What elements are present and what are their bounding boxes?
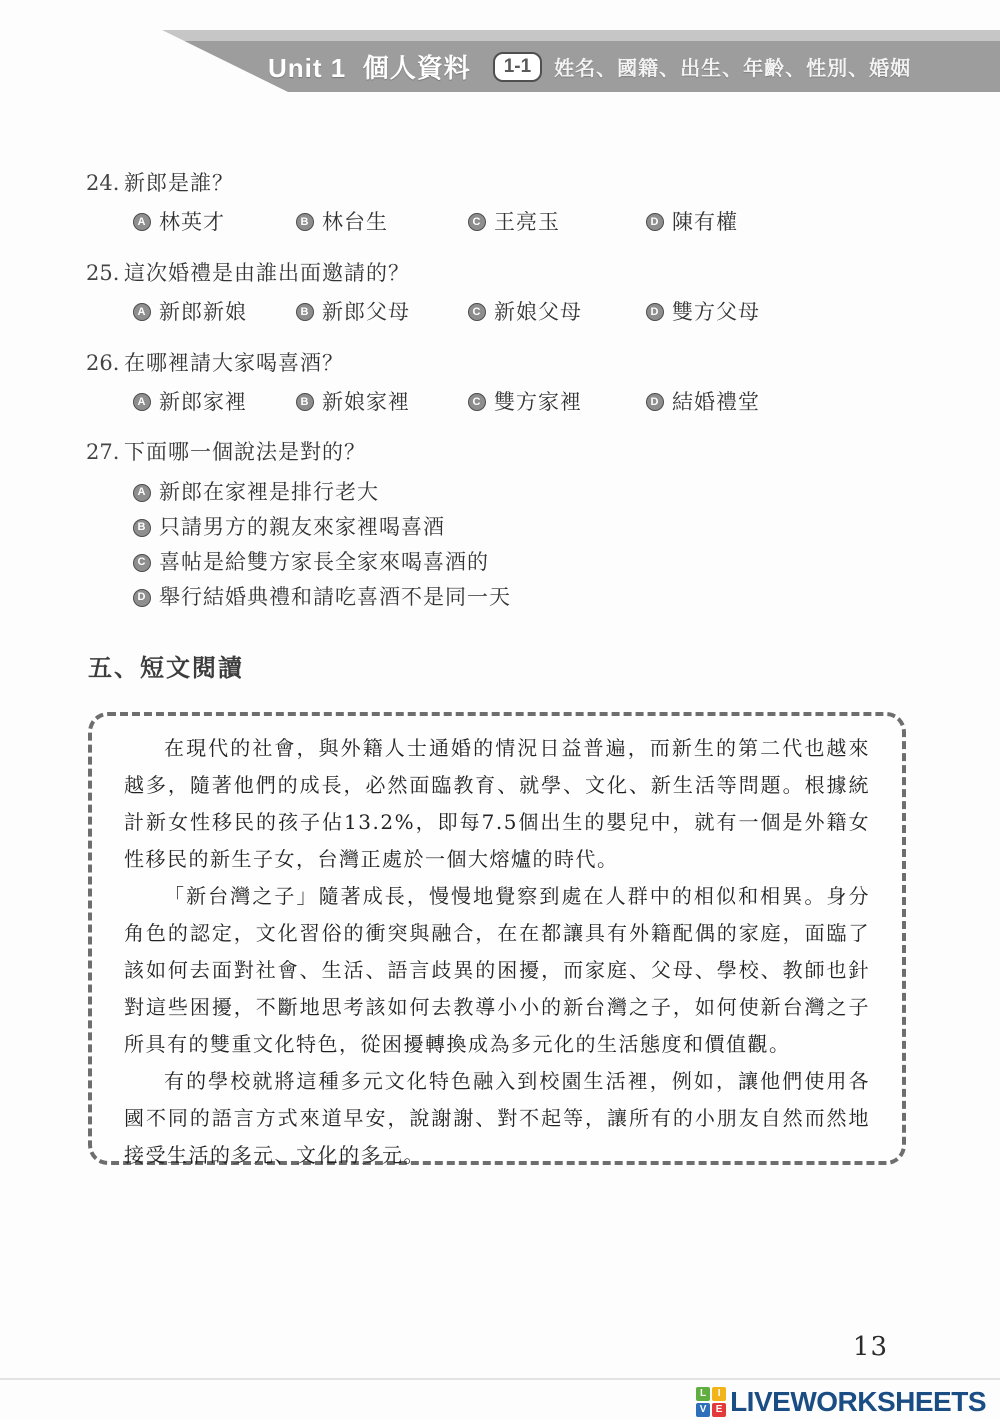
option-b[interactable]: B新娘家裡 [296,387,468,417]
logo-tile-v: V [696,1403,710,1417]
option-letter-icon: D [133,589,151,607]
option-text: 新郎父母 [322,297,410,327]
option-b[interactable]: B新郎父母 [296,297,468,327]
option-letter-icon: C [468,213,486,231]
question: 27.下面哪一個說法是對的？A新郎在家裡是排行老大B只請男方的親友來家裡喝喜酒C… [86,437,960,615]
options: A新郎在家裡是排行老大B只請男方的親友來家裡喝喜酒C喜帖是給雙方家長全家來喝喜酒… [86,475,960,615]
question-text: 在哪裡請大家喝喜酒？ [124,348,344,378]
option-letter-icon: A [133,393,151,411]
liveworksheets-logo-text: LIVEWORKSHEETS [730,1386,986,1418]
options: A林英才B林台生C王亮玉D陳有權 [86,207,960,237]
unit-title: Unit 1 個人資料 [268,48,471,85]
liveworksheets-logo[interactable]: LIVE LIVEWORKSHEETS [696,1386,986,1418]
option-text: 結婚禮堂 [672,387,760,417]
option-text: 新郎在家裡是排行老大 [159,475,379,510]
question: 26.在哪裡請大家喝喜酒？A新郎家裡B新娘家裡C雙方家裡D結婚禮堂 [86,348,960,417]
logo-tile-l: L [696,1387,710,1401]
option-text: 雙方父母 [672,297,760,327]
option-letter-icon: A [133,484,151,502]
option-text: 新娘家裡 [322,387,410,417]
option-letter-icon: A [133,213,151,231]
liveworksheets-logo-icon: LIVE [696,1387,726,1417]
option-c[interactable]: C雙方家裡 [468,387,646,417]
option-text: 只請男方的親友來家裡喝喜酒 [159,510,445,545]
option-c[interactable]: C王亮玉 [468,207,646,237]
unit-name: 個人資料 [363,53,471,83]
option-letter-icon: D [646,393,664,411]
passage-paragraph: 有的學校就將這種多元文化特色融入到校園生活裡，例如，讓他們使用各國不同的語言方式… [124,1063,870,1174]
option-letter-icon: D [646,213,664,231]
option-c[interactable]: C喜帖是給雙方家長全家來喝喜酒的 [133,545,960,580]
question: 24.新郎是誰？A林英才B林台生C王亮玉D陳有權 [86,168,960,237]
option-b[interactable]: B只請男方的親友來家裡喝喜酒 [133,510,960,545]
question-number: 25. [86,258,124,288]
unit-label: Unit 1 [268,53,346,83]
options: A新郎新娘B新郎父母C新娘父母D雙方父母 [86,297,960,327]
question-head: 26.在哪裡請大家喝喜酒？ [86,348,960,378]
footer-divider [0,1378,1000,1380]
option-a[interactable]: A新郎家裡 [133,387,296,417]
option-a[interactable]: A新郎新娘 [133,297,296,327]
question: 25.這次婚禮是由誰出面邀請的？A新郎新娘B新郎父母C新娘父母D雙方父母 [86,258,960,327]
section-badge: 1-1 [493,52,542,82]
worksheet-page: Unit 1 個人資料 1-1 姓名、國籍、出生、年齡、性別、婚姻 24.新郎是… [0,0,1000,1420]
question-head: 27.下面哪一個說法是對的？ [86,437,960,467]
unit-header-ribbon: Unit 1 個人資料 1-1 姓名、國籍、出生、年齡、性別、婚姻 [150,30,1000,92]
option-text: 新娘父母 [494,297,582,327]
option-a[interactable]: A新郎在家裡是排行老大 [133,475,960,510]
page-number: 13 [853,1332,888,1362]
reading-passage-box: 在現代的社會，與外籍人士通婚的情況日益普遍，而新生的第二代也越來越多，隨著他們的… [88,712,906,1165]
option-letter-icon: B [133,519,151,537]
option-text: 新郎家裡 [159,387,247,417]
logo-tile-e: E [712,1403,726,1417]
option-d[interactable]: D舉行結婚典禮和請吃喜酒不是同一天 [133,580,960,615]
option-text: 陳有權 [672,207,738,237]
question-number: 27. [86,437,124,467]
option-letter-icon: D [646,303,664,321]
option-letter-icon: B [296,213,314,231]
options: A新郎家裡B新娘家裡C雙方家裡D結婚禮堂 [86,387,960,417]
reading-section-heading: 五、短文閱讀 [88,648,244,683]
option-c[interactable]: C新娘父母 [468,297,646,327]
passage-paragraph: 在現代的社會，與外籍人士通婚的情況日益普遍，而新生的第二代也越來越多，隨著他們的… [124,730,870,878]
question-head: 24.新郎是誰？ [86,168,960,198]
option-text: 喜帖是給雙方家長全家來喝喜酒的 [159,545,489,580]
question-number: 26. [86,348,124,378]
option-letter-icon: C [468,393,486,411]
logo-tile-i: I [712,1387,726,1401]
option-letter-icon: B [296,393,314,411]
option-text: 王亮玉 [494,207,560,237]
option-letter-icon: C [468,303,486,321]
section-subtitle: 姓名、國籍、出生、年齡、性別、婚姻 [554,52,911,81]
passage-paragraph: 「新台灣之子」隨著成長，慢慢地覺察到處在人群中的相似和相異。身分角色的認定，文化… [124,878,870,1063]
option-d[interactable]: D結婚禮堂 [646,387,960,417]
question-text: 這次婚禮是由誰出面邀請的？ [124,258,410,288]
option-text: 舉行結婚典禮和請吃喜酒不是同一天 [159,580,511,615]
option-letter-icon: C [133,554,151,572]
option-a[interactable]: A林英才 [133,207,296,237]
option-text: 雙方家裡 [494,387,582,417]
question-text: 下面哪一個說法是對的？ [124,437,366,467]
question-number: 24. [86,168,124,198]
option-b[interactable]: B林台生 [296,207,468,237]
option-letter-icon: B [296,303,314,321]
option-letter-icon: A [133,303,151,321]
option-d[interactable]: D雙方父母 [646,297,960,327]
option-text: 林台生 [322,207,388,237]
option-text: 林英才 [159,207,225,237]
option-text: 新郎新娘 [159,297,247,327]
option-d[interactable]: D陳有權 [646,207,960,237]
question-text: 新郎是誰？ [124,168,234,198]
question-head: 25.這次婚禮是由誰出面邀請的？ [86,258,960,288]
